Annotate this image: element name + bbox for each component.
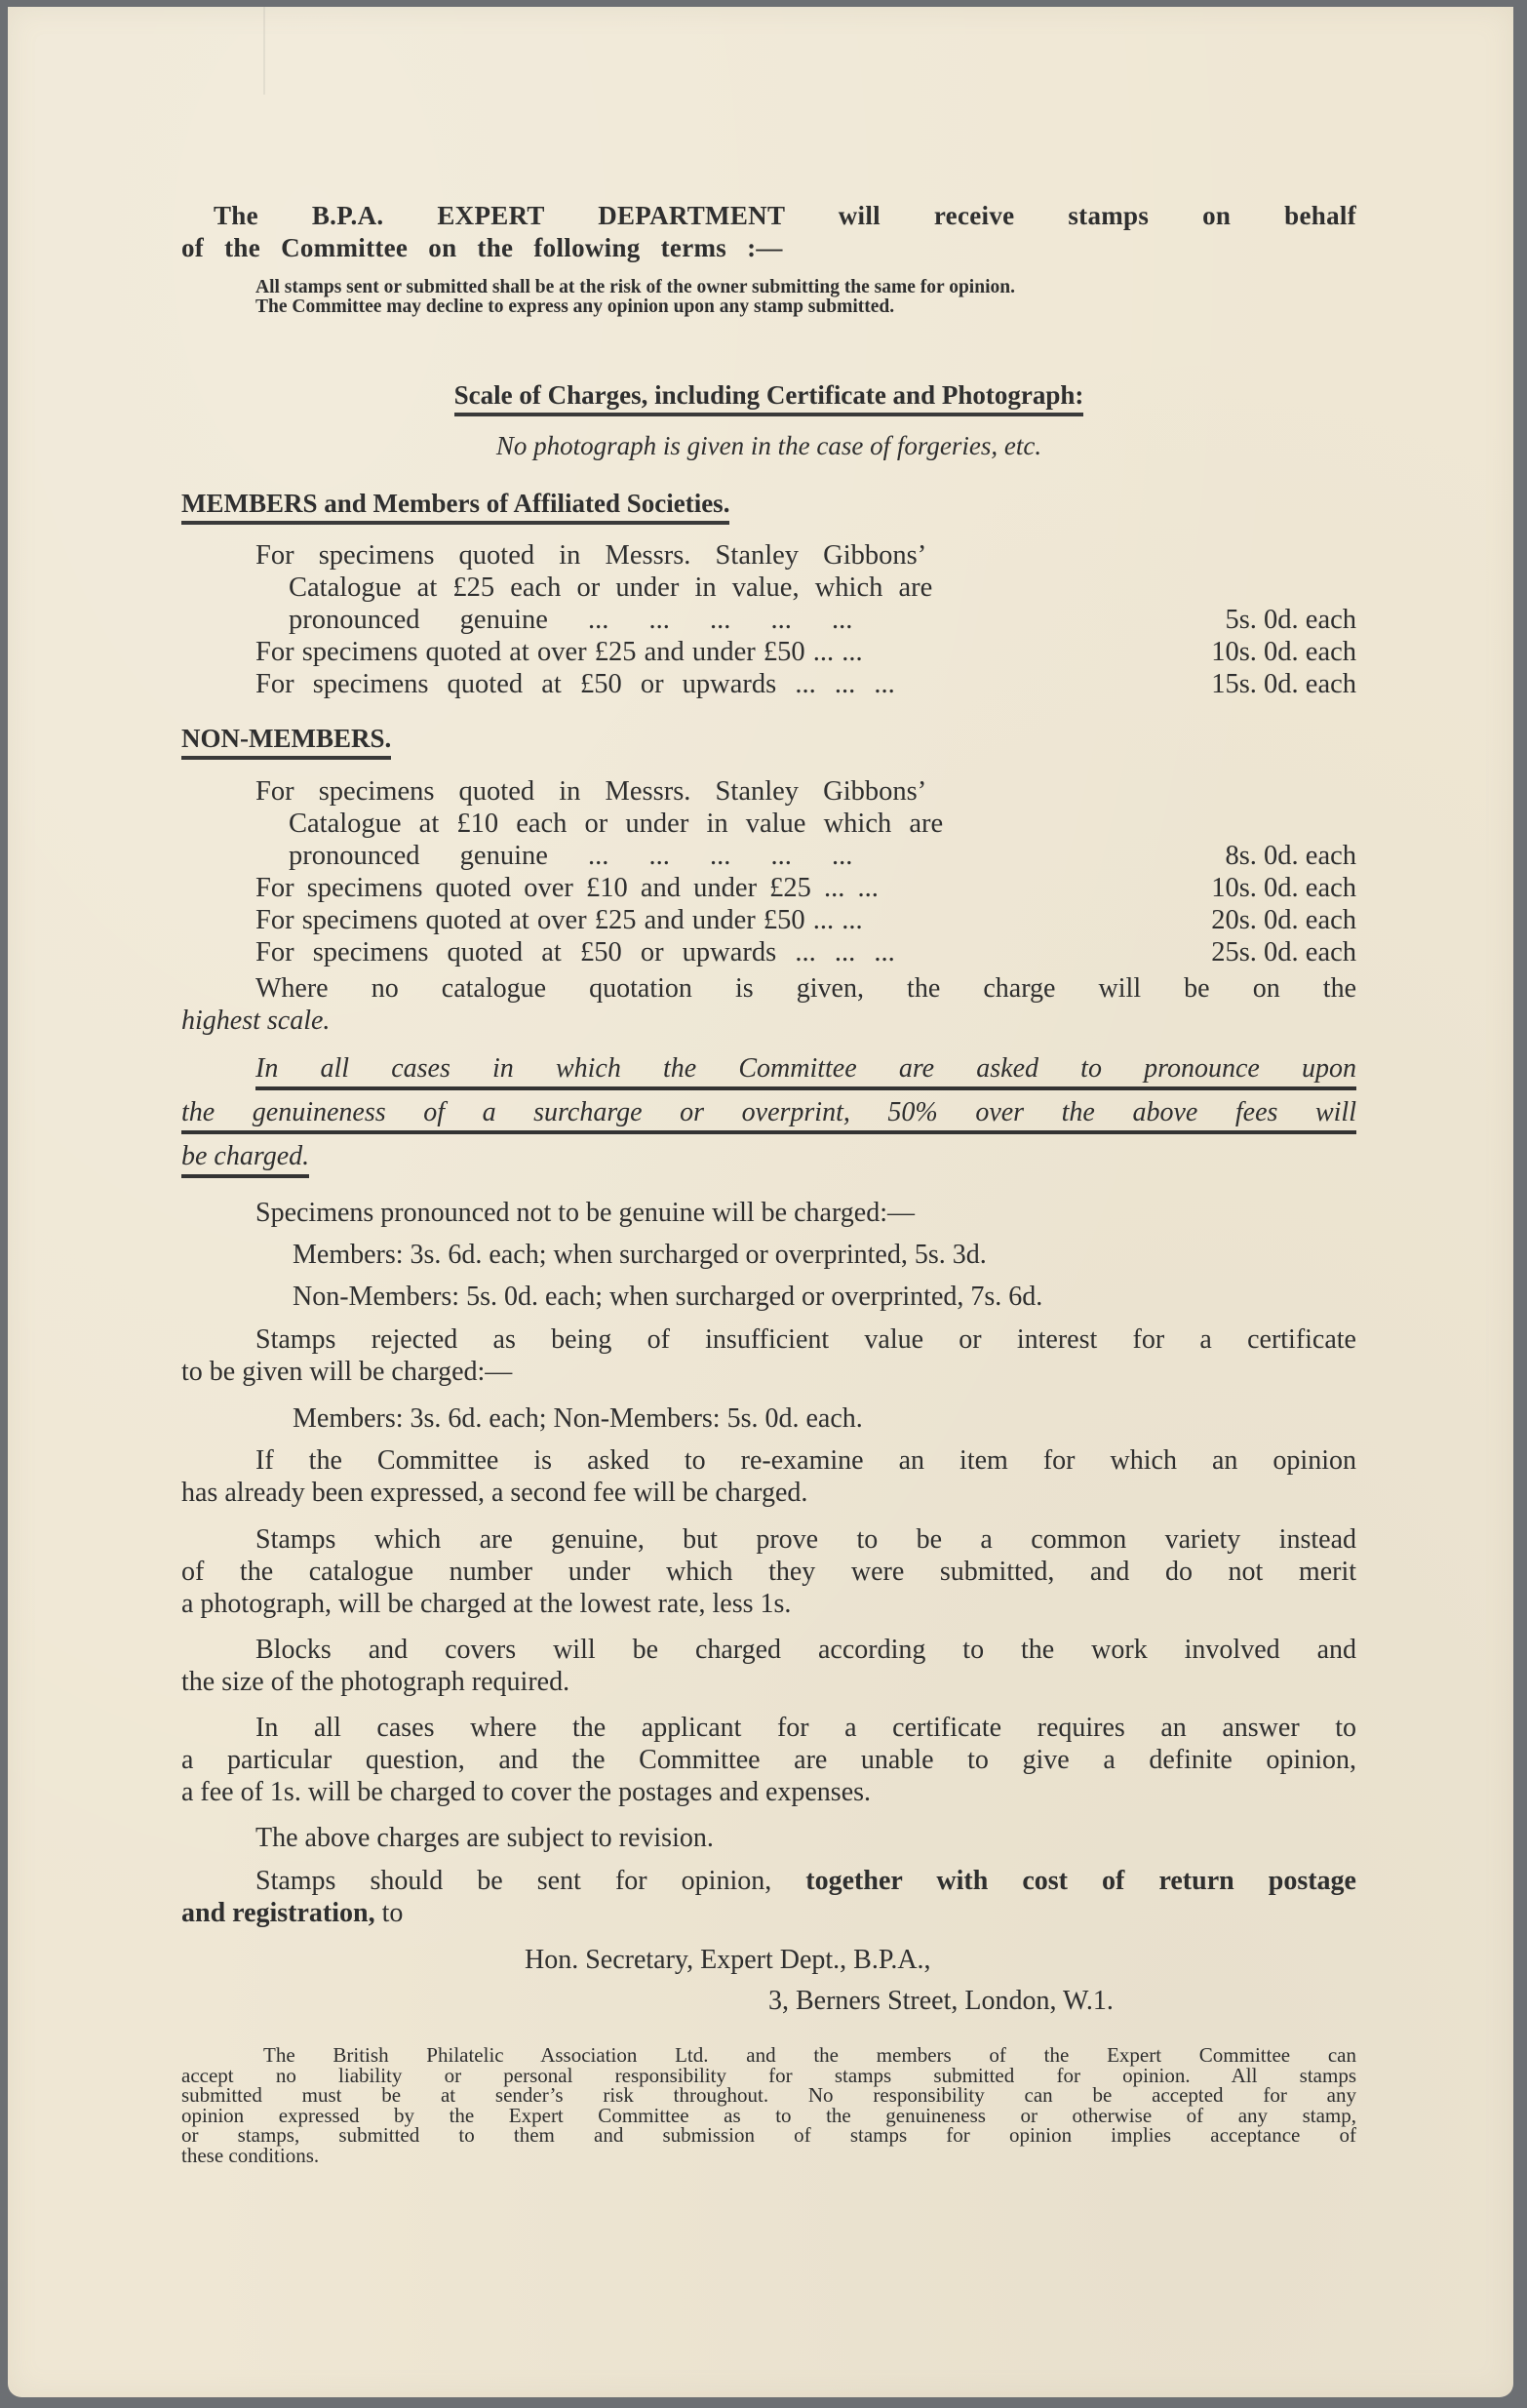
intro-block: The B.P.A. EXPERT DEPARTMENT will receiv… (181, 200, 1356, 264)
not-genuine-non-members: Non-Members: 5s. 0d. each; when surcharg… (181, 1281, 1468, 1313)
send-line-2: and registration, to (181, 1897, 1356, 1929)
reexamine-paragraph: If the Committee is asked to re-examine … (181, 1444, 1356, 1509)
members-heading: MEMBERS and Members of Affiliated Societ… (181, 489, 1356, 525)
not-genuine-members: Members: 3s. 6d. each; when surcharged o… (181, 1239, 1468, 1271)
members-item-3: For specimens quoted at £50 or upwards .… (181, 668, 1356, 700)
members-price-2: 10s. 0d. each (1161, 636, 1356, 668)
members-price-3: 15s. 0d. each (1161, 668, 1356, 700)
send-instructions: Stamps should be sent for opinion, toget… (181, 1865, 1356, 1929)
intro-line-1: The B.P.A. EXPERT DEPARTMENT will receiv… (181, 200, 1356, 232)
liability-disclaimer: The British Philatelic Association Ltd. … (181, 2045, 1356, 2165)
surcharge-line-3: be charged. (181, 1140, 309, 1178)
surcharge-line-1: In all cases in which the Committee are … (255, 1052, 1356, 1090)
address-line-2: 3, Berners Street, London, W.1. (768, 1985, 1114, 2017)
no-quotation-note: Where no catalogue quotation is given, t… (181, 972, 1356, 1037)
non-members-price-table: For specimens quoted in Messrs. Stanley … (181, 775, 1356, 968)
address-line-1: Hon. Secretary, Expert Dept., B.P.A., (525, 1944, 931, 1976)
surcharge-notice: In all cases in which the Committee are … (181, 1052, 1356, 1189)
non-members-price-3: 20s. 0d. each (1161, 904, 1356, 936)
members-item-2: For specimens quoted at over £25 and und… (181, 636, 1356, 668)
members-price-table: For specimens quoted in Messrs. Stanley … (181, 539, 1356, 700)
blocks-covers-paragraph: Blocks and covers will be charged accord… (181, 1634, 1356, 1698)
not-genuine-intro: Specimens pronounced not to be genuine w… (181, 1197, 1356, 1229)
common-variety-paragraph: Stamps which are genuine, but prove to b… (181, 1523, 1356, 1620)
non-members-item-2: For specimens quoted over £10 and under … (181, 872, 1356, 904)
terms-block: All stamps sent or submitted shall be at… (181, 278, 1356, 317)
non-members-item-1-line-2: Catalogue at £10 each or under in value … (181, 808, 1356, 840)
members-price-1: 5s. 0d. each (1161, 604, 1356, 636)
members-heading-text: MEMBERS and Members of Affiliated Societ… (181, 489, 729, 525)
scale-heading-text: Scale of Charges, including Certificate … (454, 380, 1084, 416)
question-fee-paragraph: In all cases where the applicant for a c… (181, 1712, 1356, 1808)
non-members-heading: NON-MEMBERS. (181, 724, 1356, 760)
term-risk: All stamps sent or submitted shall be at… (255, 278, 1356, 297)
non-members-item-1-line-3: pronounced genuine ... ... ... ... ... 8… (181, 840, 1356, 872)
non-members-heading-text: NON-MEMBERS. (181, 724, 391, 760)
scale-note: No photograph is given in the case of fo… (181, 431, 1356, 461)
non-members-price-1: 8s. 0d. each (1161, 840, 1356, 872)
revision-note: The above charges are subject to revisio… (181, 1822, 1356, 1854)
members-item-1-line-2: Catalogue at £25 each or under in value,… (181, 572, 1356, 604)
non-members-item-3: For specimens quoted at over £25 and und… (181, 904, 1356, 936)
intro-line-2: of the Committee on the following terms … (181, 232, 1356, 264)
members-item-1-line-1: For specimens quoted in Messrs. Stanley … (181, 539, 1356, 572)
paper-crease (263, 7, 265, 95)
term-decline: The Committee may decline to express any… (255, 297, 1356, 317)
document-page: The B.P.A. EXPERT DEPARTMENT will receiv… (8, 7, 1513, 2397)
rejected-block: Stamps rejected as being of insufficient… (181, 1323, 1356, 1388)
not-genuine-block: Specimens pronounced not to be genuine w… (181, 1197, 1356, 1229)
non-members-item-4: For specimens quoted at £50 or upwards .… (181, 936, 1356, 968)
non-members-price-2: 10s. 0d. each (1161, 872, 1356, 904)
rejected-charges: Members: 3s. 6d. each; Non-Members: 5s. … (181, 1402, 1468, 1435)
surcharge-line-2: the genuineness of a surcharge or overpr… (181, 1096, 1356, 1134)
non-members-price-4: 25s. 0d. each (1161, 936, 1356, 968)
members-item-1-line-3: pronounced genuine ... ... ... ... ... 5… (181, 604, 1356, 636)
send-line-1: Stamps should be sent for opinion, toget… (181, 1865, 1356, 1897)
non-members-item-1-line-1: For specimens quoted in Messrs. Stanley … (181, 775, 1356, 808)
scale-heading: Scale of Charges, including Certificate … (181, 380, 1356, 416)
